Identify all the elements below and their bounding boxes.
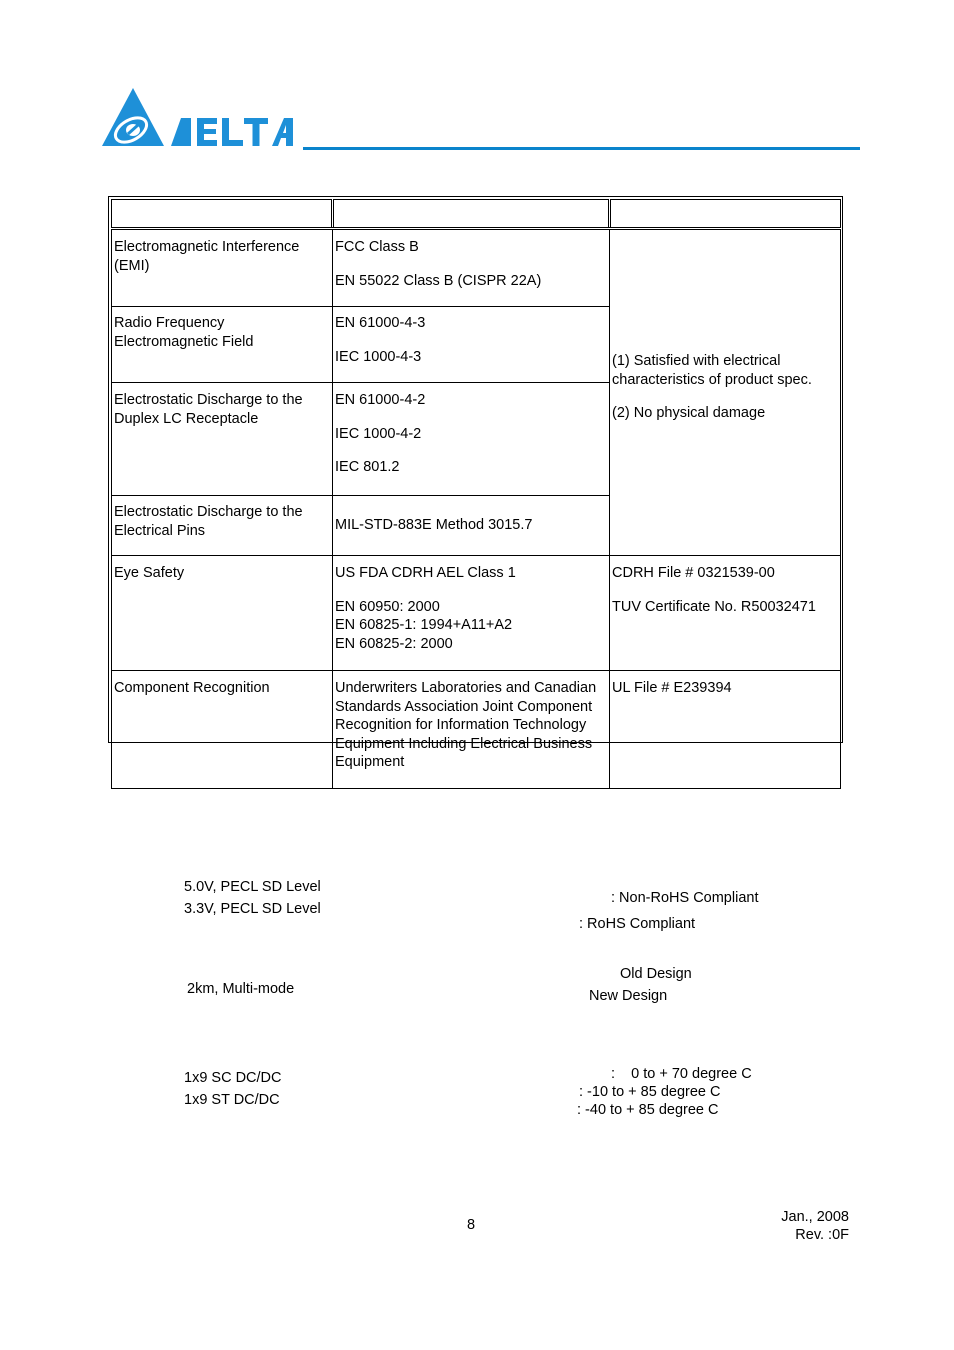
- design-option-new: New Design: [589, 987, 667, 1005]
- regulatory-compliance-table: Electromagnetic Interference (EMI) FCC C…: [108, 196, 843, 743]
- footer-date: Jan., 2008: [781, 1208, 849, 1226]
- standard-cell: MIL-STD-883E Method 3015.7: [333, 496, 610, 556]
- temperature-option-commercial: : 0 to + 70 degree C: [611, 1065, 752, 1083]
- feature-cell: Electrostatic Discharge to the Electrica…: [112, 496, 333, 556]
- header-cell-feature: [112, 200, 333, 229]
- supply-option-5v: 5.0V, PECL SD Level: [184, 878, 321, 896]
- temperature-option-extended: : -10 to + 85 degree C: [579, 1083, 720, 1101]
- header-cell-performance: [610, 200, 841, 229]
- page-number: 8: [467, 1217, 475, 1233]
- table-row: Electromagnetic Interference (EMI) FCC C…: [112, 229, 841, 307]
- standard-cell: Underwriters Laboratories and Canadian S…: [333, 671, 610, 789]
- standard-cell: FCC Class B EN 55022 Class B (CISPR 22A): [333, 229, 610, 307]
- table-row: Component Recognition Underwriters Labor…: [112, 671, 841, 789]
- distance-option: 2km, Multi-mode: [187, 980, 294, 998]
- table-row: Eye Safety US FDA CDRH AEL Class 1 EN 60…: [112, 556, 841, 671]
- feature-cell: Component Recognition: [112, 671, 333, 789]
- delta-triangle-logo-icon: [101, 88, 296, 150]
- package-option-st: 1x9 ST DC/DC: [184, 1091, 280, 1109]
- header-cell-standard: [333, 200, 610, 229]
- feature-cell: Electrostatic Discharge to the Duplex LC…: [112, 383, 333, 496]
- standard-cell: EN 61000-4-2 IEC 1000-4-2 IEC 801.2: [333, 383, 610, 496]
- performance-cell-shared: (1) Satisfied with electrical characteri…: [610, 229, 841, 556]
- feature-cell: Electromagnetic Interference (EMI): [112, 229, 333, 307]
- standard-cell: EN 61000-4-3 IEC 1000-4-3: [333, 307, 610, 383]
- temperature-option-industrial: : -40 to + 85 degree C: [577, 1101, 718, 1119]
- design-option-old: Old Design: [620, 965, 692, 983]
- supply-option-3v3: 3.3V, PECL SD Level: [184, 900, 321, 918]
- table-header-row: [112, 200, 841, 229]
- rohs-option-compliant: : RoHS Compliant: [579, 915, 695, 933]
- header-rule: [303, 147, 860, 150]
- package-option-sc: 1x9 SC DC/DC: [184, 1069, 282, 1087]
- performance-cell: UL File # E239394: [610, 671, 841, 789]
- delta-logo: [101, 88, 296, 150]
- footer-revision: Rev. :0F: [781, 1226, 849, 1244]
- feature-cell: Eye Safety: [112, 556, 333, 671]
- performance-cell: CDRH File # 0321539-00 TUV Certificate N…: [610, 556, 841, 671]
- footer-revision-block: Jan., 2008 Rev. :0F: [781, 1208, 849, 1244]
- feature-cell: Radio Frequency Electromagnetic Field: [112, 307, 333, 383]
- standard-cell: US FDA CDRH AEL Class 1 EN 60950: 2000 E…: [333, 556, 610, 671]
- rohs-option-non-compliant: : Non-RoHS Compliant: [611, 889, 758, 907]
